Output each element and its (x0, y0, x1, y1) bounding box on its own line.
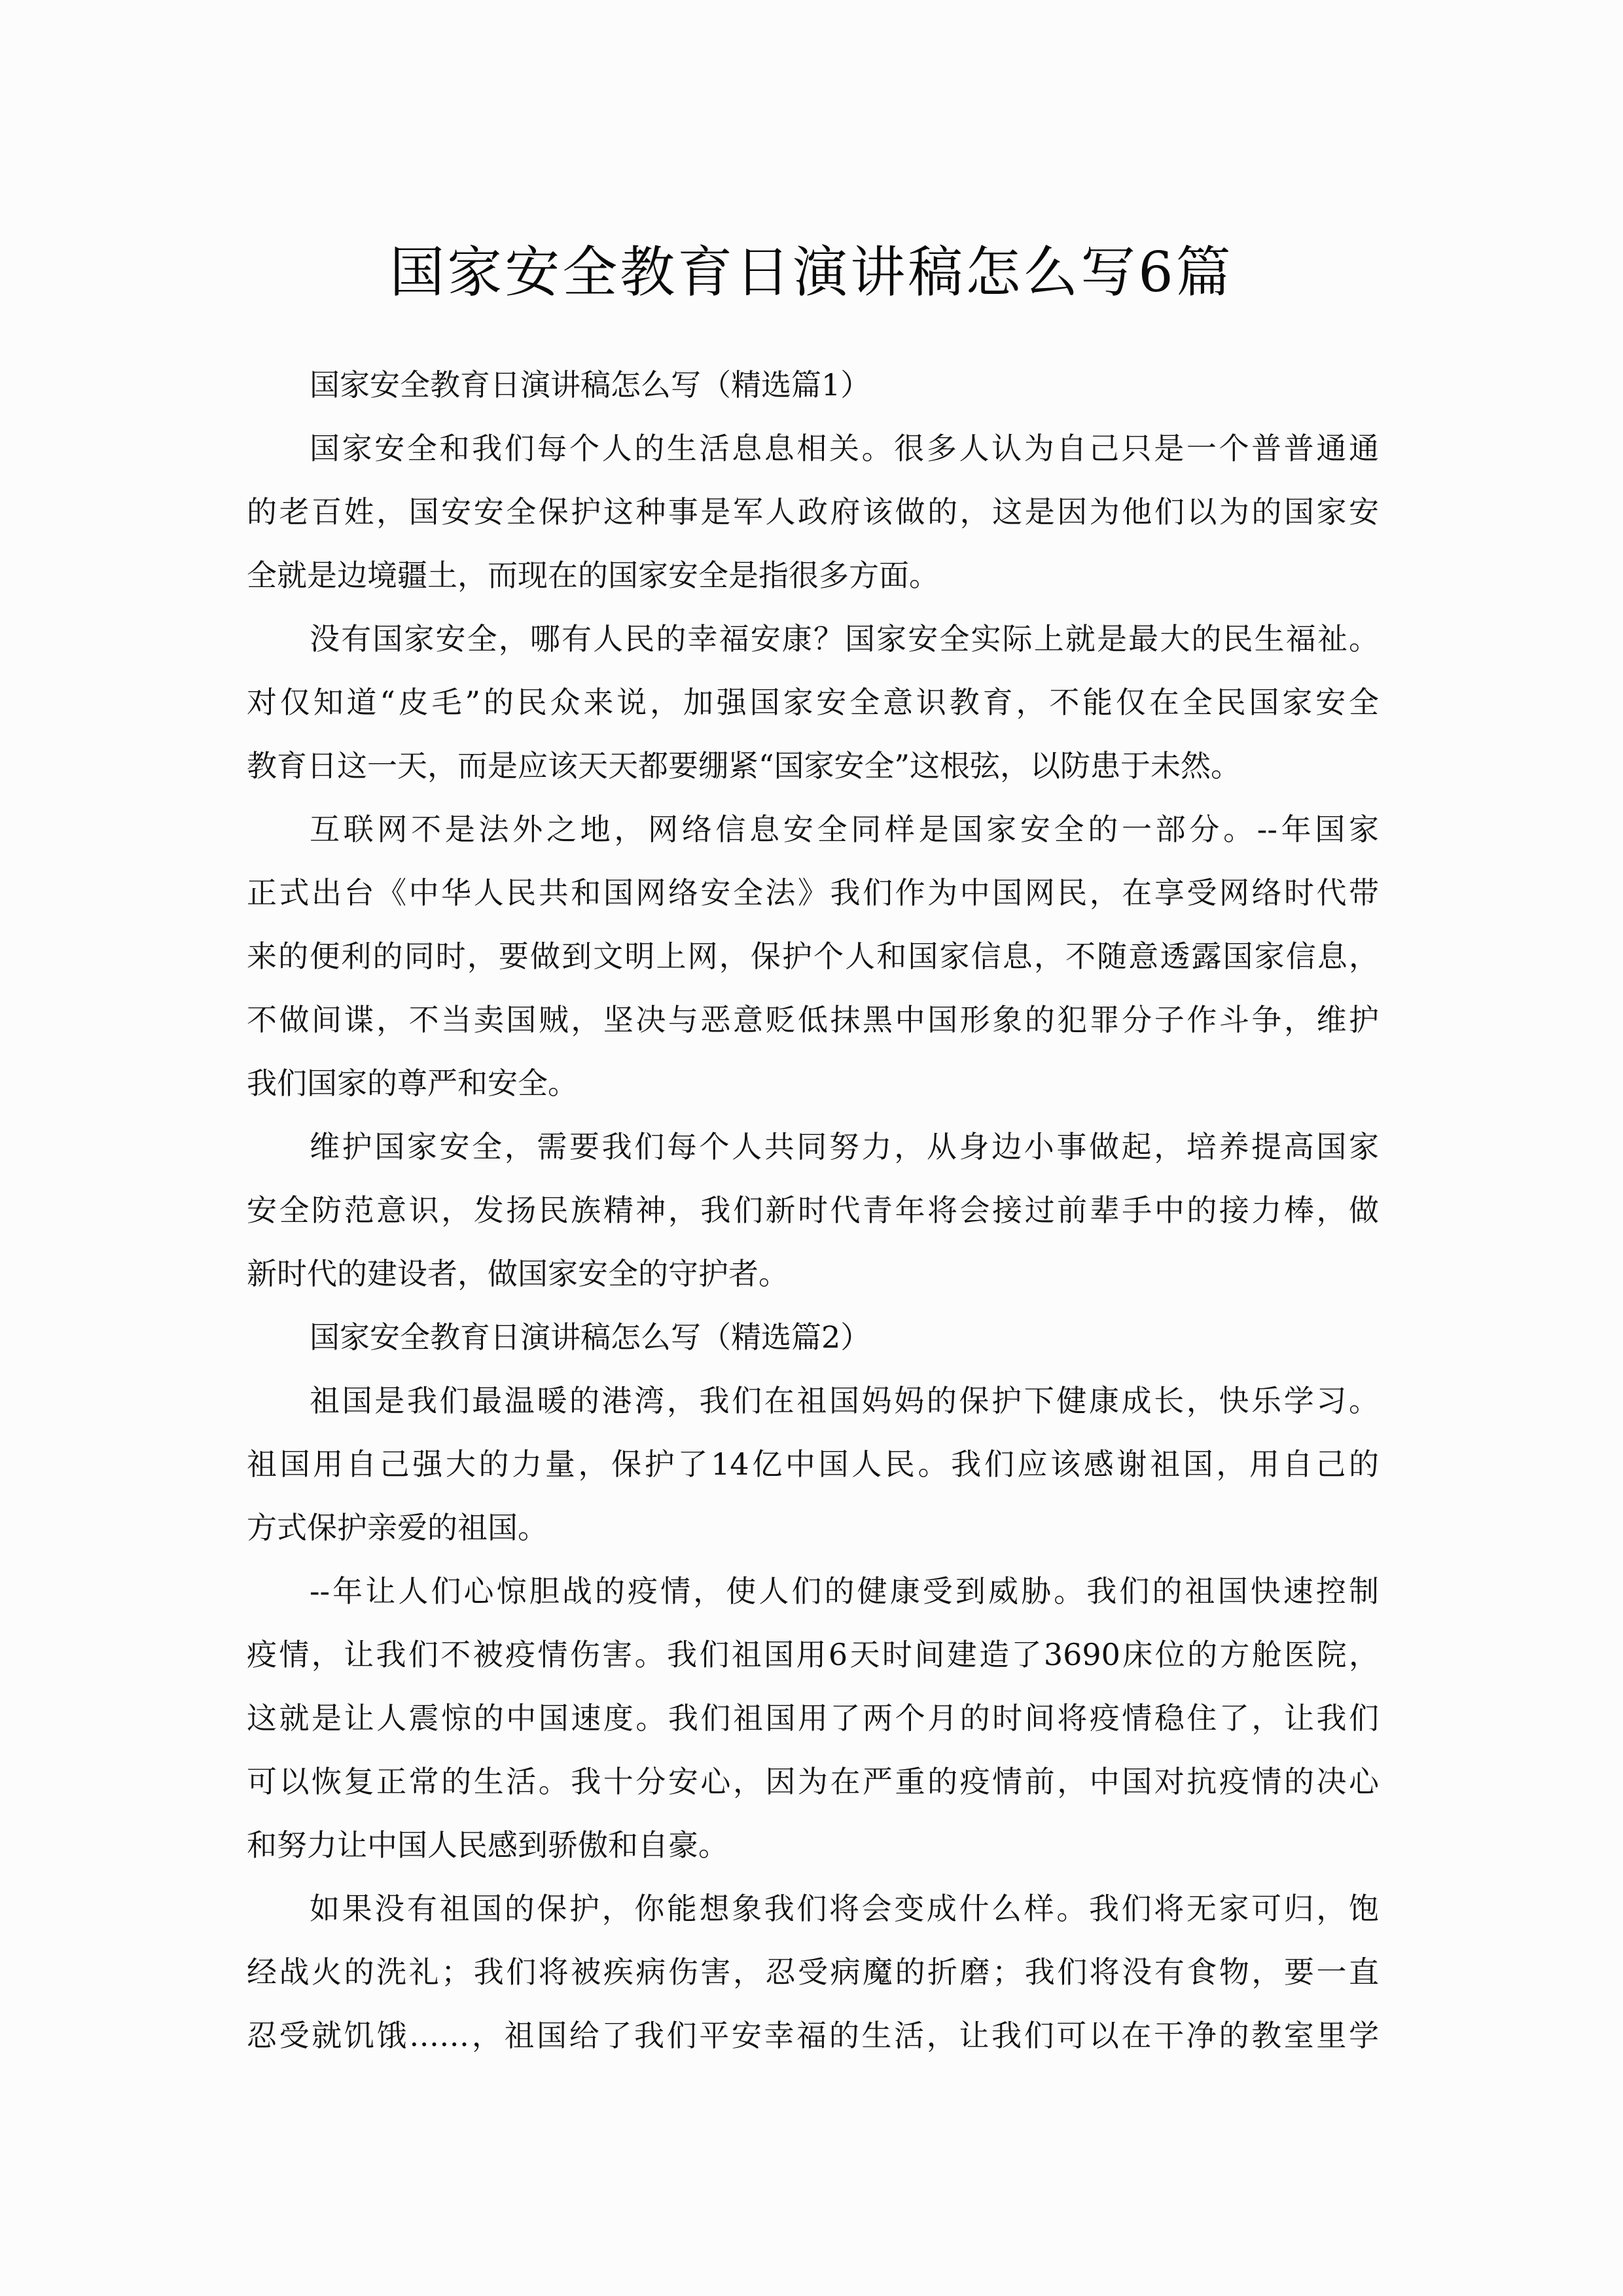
document-title: 国家安全教育日演讲稿怎么写6篇 (0, 236, 1623, 308)
paragraph-line: 新时代的建设者，做国家安全的守护者。 (247, 1242, 1379, 1306)
paragraph-line: 正式出台《中华人民共和国网络安全法》我们作为中国网民，在享受网络时代带 (247, 861, 1379, 925)
paragraph-line: 忍受就饥饿……，祖国给了我们平安幸福的生活，让我们可以在干净的教室里学 (247, 2004, 1379, 2068)
paragraph-line: 维护国家安全，需要我们每个人共同努力，从身边小事做起，培养提高国家 (247, 1115, 1379, 1179)
section-heading-1: 国家安全教育日演讲稿怎么写（精选篇1） (247, 353, 1379, 417)
document-page: 国家安全教育日演讲稿怎么写6篇 国家安全教育日演讲稿怎么写（精选篇1） 国家安全… (0, 0, 1623, 2296)
section-heading-2: 国家安全教育日演讲稿怎么写（精选篇2） (247, 1306, 1379, 1369)
paragraph-line: 对仅知道“皮毛”的民众来说，加强国家安全意识教育，不能仅在全民国家安全 (247, 671, 1379, 734)
paragraph-line: 教育日这一天，而是应该天天都要绷紧“国家安全”这根弦，以防患于未然。 (247, 734, 1379, 798)
paragraph-line: 互联网不是法外之地，网络信息安全同样是国家安全的一部分。--年国家 (247, 798, 1379, 861)
paragraph-line: 祖国是我们最温暖的港湾，我们在祖国妈妈的保护下健康成长，快乐学习。 (247, 1369, 1379, 1433)
paragraph-line: 疫情，让我们不被疫情伤害。我们祖国用6天时间建造了3690床位的方舱医院， (247, 1623, 1379, 1687)
paragraph-line: 这就是让人震惊的中国速度。我们祖国用了两个月的时间将疫情稳住了，让我们 (247, 1687, 1379, 1750)
document-body: 国家安全教育日演讲稿怎么写（精选篇1） 国家安全和我们每个人的生活息息相关。很多… (247, 353, 1379, 2068)
paragraph-line: 来的便利的同时，要做到文明上网，保护个人和国家信息，不随意透露国家信息， (247, 925, 1379, 988)
paragraph-line: 经战火的洗礼；我们将被疾病伤害，忍受病魔的折磨；我们将没有食物，要一直 (247, 1941, 1379, 2004)
paragraph-line: --年让人们心惊胆战的疫情，使人们的健康受到威胁。我们的祖国快速控制 (247, 1560, 1379, 1623)
paragraph-line: 祖国用自己强大的力量，保护了14亿中国人民。我们应该感谢祖国，用自己的 (247, 1433, 1379, 1496)
paragraph-line: 安全防范意识，发扬民族精神，我们新时代青年将会接过前辈手中的接力棒，做 (247, 1179, 1379, 1242)
paragraph-line: 可以恢复正常的生活。我十分安心，因为在严重的疫情前，中国对抗疫情的决心 (247, 1750, 1379, 1814)
paragraph-line: 国家安全和我们每个人的生活息息相关。很多人认为自己只是一个普普通通 (247, 417, 1379, 480)
paragraph-line: 不做间谍，不当卖国贼，坚决与恶意贬低抹黑中国形象的犯罪分子作斗争，维护 (247, 988, 1379, 1052)
paragraph-line: 如果没有祖国的保护，你能想象我们将会变成什么样。我们将无家可归，饱 (247, 1877, 1379, 1941)
paragraph-line: 的老百姓，国安安全保护这种事是军人政府该做的，这是因为他们以为的国家安 (247, 480, 1379, 544)
paragraph-line: 我们国家的尊严和安全。 (247, 1052, 1379, 1115)
paragraph-line: 全就是边境疆土，而现在的国家安全是指很多方面。 (247, 544, 1379, 607)
paragraph-line: 和努力让中国人民感到骄傲和自豪。 (247, 1814, 1379, 1877)
paragraph-line: 没有国家安全，哪有人民的幸福安康？国家安全实际上就是最大的民生福祉。 (247, 607, 1379, 671)
paragraph-line: 方式保护亲爱的祖国。 (247, 1496, 1379, 1560)
